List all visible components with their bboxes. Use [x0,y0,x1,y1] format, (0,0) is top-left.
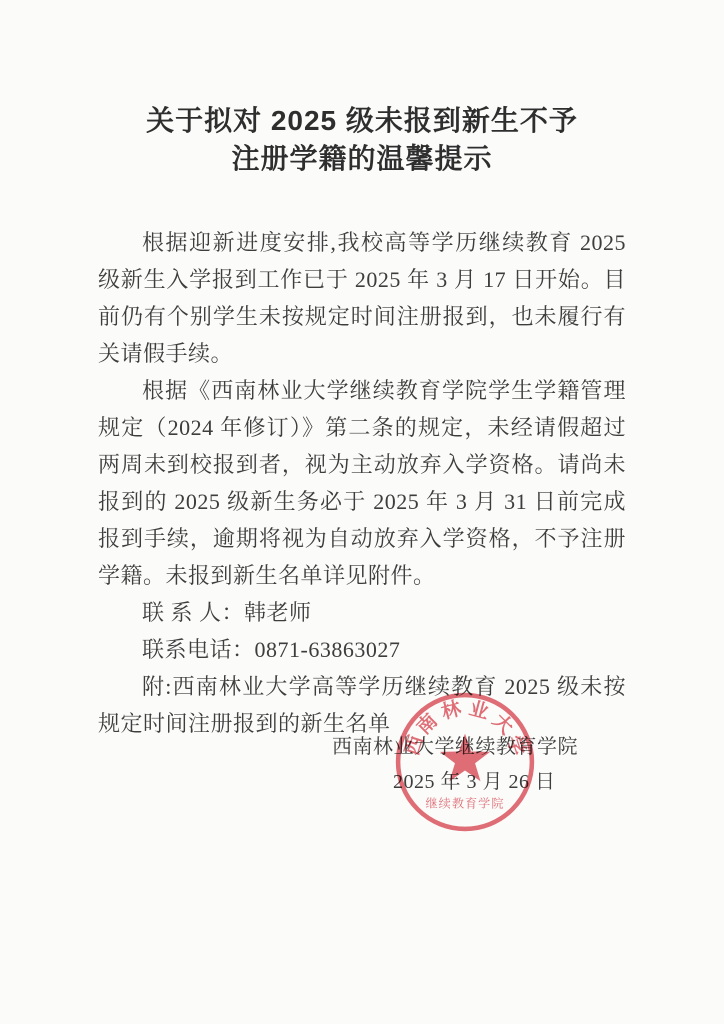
title-line-2: 注册学籍的温馨提示 [0,140,724,178]
contact-person-line: 联 系 人：韩老师 [98,594,626,631]
paragraph-intro: 根据迎新进度安排,我校高等学历继续教育 2025 级新生入学报到工作已于 202… [98,224,626,372]
signature-organization: 西南林业大学继续教育学院 [332,729,578,766]
contact-phone-line: 联系电话：0871-63863027 [98,631,626,668]
paragraph-regulation: 根据《西南林业大学继续教育学院学生学籍管理规定（2024 年修订）》第二条的规定… [98,372,626,594]
title-line-1: 关于拟对 2025 级未报到新生不予 [0,102,724,140]
document-title: 关于拟对 2025 级未报到新生不予 注册学籍的温馨提示 [0,102,724,178]
document-body: 根据迎新进度安排,我校高等学历继续教育 2025 级新生入学报到工作已于 202… [98,224,626,742]
signature-date: 2025 年 3 月 26 日 [393,764,556,801]
scanned-notice-page: 关于拟对 2025 级未报到新生不予 注册学籍的温馨提示 根据迎新进度安排,我校… [0,0,724,1024]
